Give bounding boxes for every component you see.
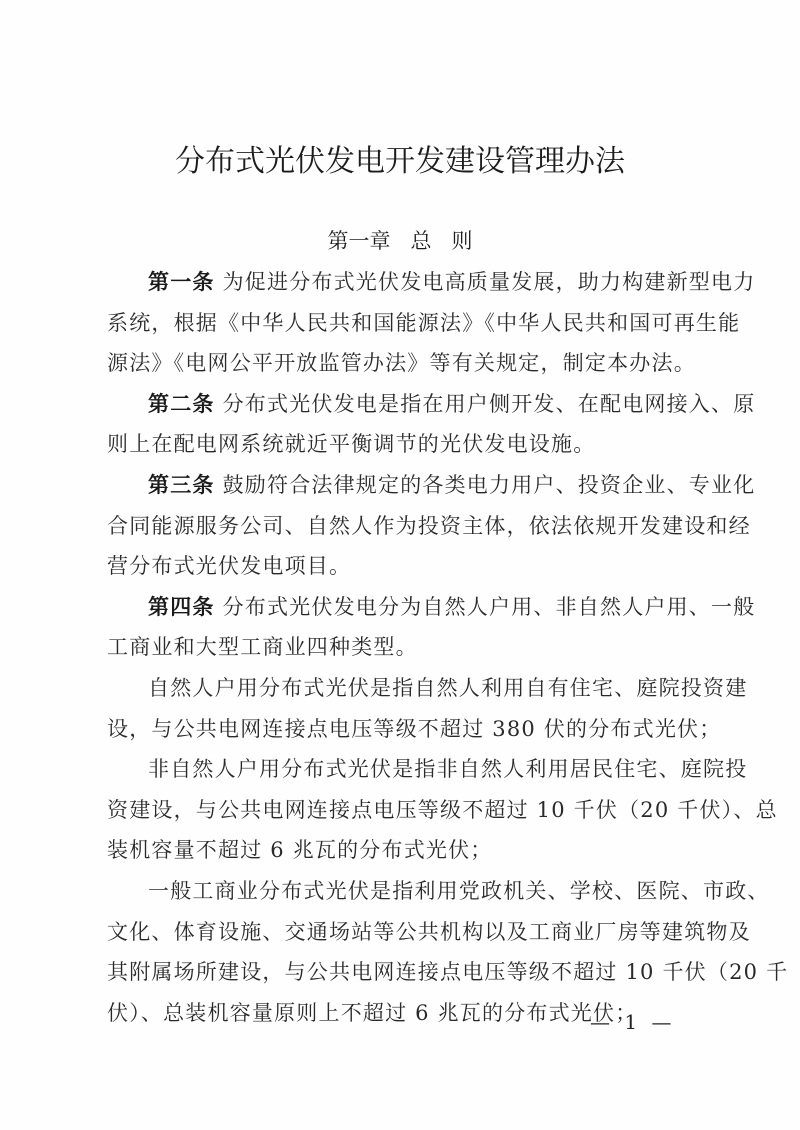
paragraph-line: 设，与公共电网连接点电压等级不超过 380 伏的分布式光伏； (107, 709, 693, 750)
paragraph-line: 源法》《电网公平开放监管办法》等有关规定，制定本办法。 (107, 343, 693, 384)
line-text: 工商业和大型工商业四种类型。 (107, 635, 418, 659)
document-page: 分布式光伏发电开发建设管理办法 第一章总则 第一条为促进分布式光伏发电高质量发展… (0, 0, 800, 1130)
paragraph-line: 资建设，与公共电网连接点电压等级不超过 10 千伏（20 千伏）、总 (107, 790, 693, 831)
article-label: 第四条 (148, 595, 215, 619)
line-text: 伏）、总装机容量原则上不超过 6 兆瓦的分布式光伏； (107, 1001, 637, 1025)
paragraph-line: 自然人户用分布式光伏是指自然人利用自有住宅、庭院投资建 (107, 668, 693, 709)
paragraph-line: 合同能源服务公司、自然人作为投资主体，依法依规开发建设和经 (107, 506, 693, 547)
paragraph-line: 装机容量不超过 6 兆瓦的分布式光伏； (107, 830, 693, 871)
line-text: 一般工商业分布式光伏是指利用党政机关、学校、医院、市政、 (148, 879, 770, 903)
article-label: 第三条 (148, 473, 215, 497)
paragraph-line: 系统，根据《中华人民共和国能源法》《中华人民共和国可再生能 (107, 303, 693, 344)
article-label: 第一条 (148, 270, 215, 294)
document-title: 分布式光伏发电开发建设管理办法 (0, 140, 800, 184)
paragraph-line: 营分布式光伏发电项目。 (107, 546, 693, 587)
line-text: 资建设，与公共电网连接点电压等级不超过 10 千伏（20 千伏）、总 (107, 798, 778, 822)
line-text: 非自然人户用分布式光伏是指非自然人利用居民住宅、庭院投 (148, 757, 747, 781)
line-text: 源法》《电网公平开放监管办法》等有关规定，制定本办法。 (107, 351, 696, 375)
line-text: 文化、体育设施、交通场站等公共机构以及工商业厂房等建筑物及 (107, 920, 751, 944)
paragraph-line: 第二条分布式光伏发电是指在用户侧开发、在配电网接入、原 (107, 384, 693, 425)
chapter-name-part2: 则 (452, 229, 473, 253)
line-text: 鼓励符合法律规定的各类电力用户、投资企业、专业化 (223, 473, 756, 497)
line-text: 系统，根据《中华人民共和国能源法》《中华人民共和国可再生能 (107, 311, 740, 335)
paragraph-line: 非自然人户用分布式光伏是指非自然人利用居民住宅、庭院投 (107, 749, 693, 790)
chapter-heading: 第一章总则 (0, 226, 800, 256)
line-text: 装机容量不超过 6 兆瓦的分布式光伏； (107, 838, 493, 862)
paragraph-line: 第一条为促进分布式光伏发电高质量发展，助力构建新型电力 (107, 262, 693, 303)
line-text: 自然人户用分布式光伏是指自然人利用自有住宅、庭院投资建 (148, 676, 747, 700)
line-text: 营分布式光伏发电项目。 (107, 554, 351, 578)
paragraph-line: 工商业和大型工商业四种类型。 (107, 627, 693, 668)
paragraph-line: 文化、体育设施、交通场站等公共机构以及工商业厂房等建筑物及 (107, 912, 693, 953)
article-label: 第二条 (148, 392, 215, 416)
paragraph-line: 则上在配电网系统就近平衡调节的光伏发电设施。 (107, 424, 693, 465)
line-text: 设，与公共电网连接点电压等级不超过 380 伏的分布式光伏； (107, 717, 721, 741)
paragraph-line: 第四条分布式光伏发电分为自然人户用、非自然人户用、一般 (107, 587, 693, 628)
line-text: 合同能源服务公司、自然人作为投资主体，依法依规开发建设和经 (107, 514, 751, 538)
paragraph-line: 一般工商业分布式光伏是指利用党政机关、学校、医院、市政、 (107, 871, 693, 912)
document-body: 第一条为促进分布式光伏发电高质量发展，助力构建新型电力 系统，根据《中华人民共和… (107, 262, 693, 1033)
paragraph-line: 其附属场所建设，与公共电网连接点电压等级不超过 10 千伏（20 千 (107, 952, 693, 993)
line-text: 为促进分布式光伏发电高质量发展，助力构建新型电力 (223, 270, 756, 294)
page-number: — 1 — (590, 1010, 675, 1034)
line-text: 分布式光伏发电是指在用户侧开发、在配电网接入、原 (223, 392, 756, 416)
paragraph-line: 第三条鼓励符合法律规定的各类电力用户、投资企业、专业化 (107, 465, 693, 506)
chapter-name-part1: 总 (411, 229, 432, 253)
line-text: 分布式光伏发电分为自然人户用、非自然人户用、一般 (223, 595, 756, 619)
line-text: 其附属场所建设，与公共电网连接点电压等级不超过 10 千伏（20 千 (107, 960, 788, 984)
line-text: 则上在配电网系统就近平衡调节的光伏发电设施。 (107, 432, 595, 456)
chapter-number: 第一章 (328, 229, 391, 253)
